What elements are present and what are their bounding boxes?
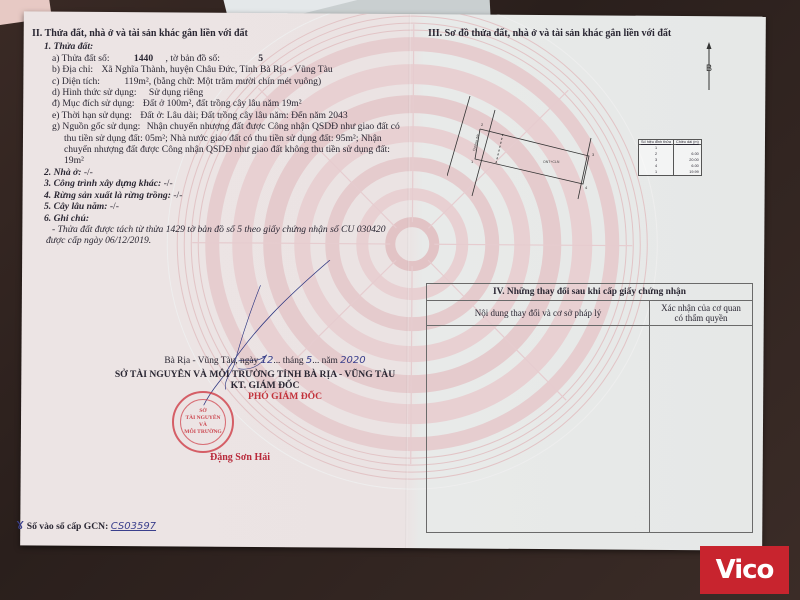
vertex-length-table: Số hiệu đỉnh thửa Chiều dài (m) 1 26.00 … — [638, 139, 702, 176]
stamp-line: TÀI NGUYÊN — [186, 415, 221, 422]
item-other-construction-value: -/- — [164, 178, 173, 189]
item-perennial: 5. Cây lâu năm: -/- — [32, 201, 402, 212]
item-notes-label: 6. Ghi chú: — [44, 213, 89, 224]
length-cell: 19.99 — [674, 169, 702, 176]
svg-text:Đường đất: Đường đất — [472, 134, 480, 151]
svg-text:ONT+CLN: ONT+CLN — [543, 160, 560, 164]
address-label: b) Địa chỉ: — [52, 64, 93, 75]
usage-origin-label: g) Nguồn gốc sử dụng: — [52, 121, 140, 132]
item-house-value: -/- — [84, 167, 93, 178]
stamp-line: VÀ — [199, 422, 207, 429]
issue-place: Bà Rịa - Vũng Tàu, ngày — [164, 356, 258, 366]
month-label: tháng — [283, 356, 304, 366]
parcel-diagram: Đường đất ONT+CLN 1 2 3 4 — [447, 96, 627, 206]
changes-table-title: IV. Những thay đổi sau khi cấp giấy chứn… — [427, 284, 753, 301]
svg-text:B: B — [706, 63, 712, 73]
gcn-registry: ɤ Số vào sổ cấp GCN: CS03597 — [16, 517, 156, 533]
usage-origin-row: g) Nguồn gốc sử dụng: Nhận chuyển nhượng… — [32, 121, 402, 132]
authority-confirmation-cell — [650, 326, 753, 533]
svg-text:3: 3 — [592, 152, 595, 157]
year-label: năm — [322, 356, 338, 366]
usage-form-label: d) Hình thức sử dụng: — [52, 87, 136, 98]
item-perennial-label: 5. Cây lâu năm: — [44, 201, 107, 212]
land-parcel-subtitle: 1. Thửa đất: — [32, 41, 402, 52]
length-header: Chiều dài (m) — [674, 140, 702, 145]
area-row: c) Diện tích: 119m², (bằng chữ: Một trăm… — [32, 76, 402, 87]
change-content-cell — [427, 326, 650, 533]
authority-confirmation-header: Xác nhận của cơ quan có thẩm quyền — [650, 301, 753, 326]
parcel-number-value: 1440 — [134, 53, 153, 64]
issue-month: 5 — [306, 355, 312, 366]
initials-mark: ɤ — [16, 517, 24, 533]
item-house: 2. Nhà ở: -/- — [32, 167, 402, 178]
signatory-kt-label: KT. GIÁM ĐỐC — [110, 380, 420, 391]
usage-origin-value-2: thu tiền sử dụng đất: 05m²; Nhà nước gia… — [32, 133, 402, 144]
signatory-name: Đặng Sơn Hải — [210, 452, 270, 463]
usage-purpose-value: Đất ở 100m², đất trồng cây lâu năm 19m² — [143, 98, 302, 109]
usage-form-value: Sử dụng riêng — [149, 87, 203, 98]
stamp-line: SỞ — [199, 408, 206, 415]
svg-text:4: 4 — [585, 185, 588, 190]
svg-text:1: 1 — [471, 159, 474, 164]
gcn-label: Số vào sổ cấp GCN: — [27, 521, 109, 532]
changes-after-issuance-table: IV. Những thay đổi sau khi cấp giấy chứn… — [426, 283, 753, 533]
change-content-header: Nội dung thay đổi và cơ sở pháp lý — [427, 301, 650, 326]
address-row: b) Địa chỉ: Xã Nghĩa Thành, huyện Châu Đ… — [32, 64, 402, 75]
item-house-label: 2. Nhà ở: — [44, 167, 81, 178]
vico-watermark-logo: Vico — [700, 546, 789, 594]
note-line-2: được cấp ngày 06/12/2019. — [32, 235, 402, 246]
section-iii-title: III. Sơ đồ thửa đất, nhà ở và tài sản kh… — [428, 28, 768, 39]
watermark-text: Vico — [716, 555, 774, 585]
left-page: II. Thửa đất, nhà ở và tài sản khác gắn … — [32, 28, 402, 247]
usage-origin-value-4: 19m² — [32, 155, 402, 166]
usage-form-row: d) Hình thức sử dụng: Sử dụng riêng — [32, 87, 402, 98]
issue-year: 2020 — [340, 355, 365, 366]
gcn-number: CS03597 — [111, 521, 156, 532]
issue-day: 12 — [261, 355, 274, 366]
parcel-number-row: a) Thửa đất số: 1440 , tờ bản đồ số: 5 — [32, 53, 402, 64]
item-forest-label: 4. Rừng sản xuất là rừng trồng: — [44, 190, 171, 201]
area-label: c) Diện tích: — [52, 76, 100, 87]
usage-term-label: e) Thời hạn sử dụng: — [52, 110, 132, 121]
north-arrow-icon: B — [702, 42, 716, 92]
map-sheet-value: 5 — [258, 53, 263, 64]
note-line-1: - Thửa đất được tách từ thửa 1429 tờ bản… — [32, 224, 402, 235]
right-page: III. Sơ đồ thửa đất, nhà ở và tài sản kh… — [428, 28, 768, 41]
area-value: 119m², (bằng chữ: Một trăm mười chín mét… — [124, 76, 321, 87]
official-red-stamp: SỞ TÀI NGUYÊN VÀ MÔI TRƯỜNG — [172, 391, 234, 453]
issue-date: Bà Rịa - Vũng Tàu, ngày 12... tháng 5...… — [110, 355, 420, 366]
usage-origin-value-3: chuyển nhượng đất được Công nhận QSDĐ nh… — [32, 144, 402, 155]
authority-header-line-2: có thẩm quyền — [675, 313, 728, 323]
item-notes: 6. Ghi chú: — [32, 213, 402, 224]
usage-origin-value-1: Nhận chuyển nhượng đất được Công nhận QS… — [147, 121, 400, 132]
usage-purpose-row: đ) Mục đích sử dụng: Đất ở 100m², đất tr… — [32, 98, 402, 109]
section-ii-title: II. Thửa đất, nhà ở và tài sản khác gắn … — [32, 28, 402, 39]
table-row: 119.99 — [639, 169, 702, 176]
issuing-organization: SỞ TÀI NGUYÊN VÀ MÔI TRƯỜNG TỈNH BÀ RỊA … — [90, 369, 420, 380]
item-perennial-value: -/- — [110, 201, 119, 212]
vertex-header: Số hiệu đỉnh thửa — [639, 140, 674, 145]
usage-term-row: e) Thời hạn sử dụng: Đất ở: Lâu dài; Đất… — [32, 110, 402, 121]
vertex-cell: 1 — [639, 169, 674, 176]
item-other-construction-label: 3. Công trình xây dựng khác: — [44, 178, 161, 189]
item-other-construction: 3. Công trình xây dựng khác: -/- — [32, 178, 402, 189]
usage-term-value: Đất ở: Lâu dài; Đất trồng cây lâu năm: Đ… — [140, 110, 347, 121]
parcel-number-label: a) Thửa đất số: — [52, 53, 110, 64]
address-value: Xã Nghĩa Thành, huyện Châu Đức, Tỉnh Bà … — [101, 64, 332, 75]
stamp-line: MÔI TRƯỜNG — [184, 429, 221, 436]
item-forest-value: -/- — [173, 190, 182, 201]
usage-purpose-label: đ) Mục đích sử dụng: — [52, 98, 134, 109]
svg-text:2: 2 — [481, 122, 484, 127]
signature-block: Bà Rịa - Vũng Tàu, ngày 12... tháng 5...… — [110, 355, 420, 402]
page-fold — [405, 14, 411, 548]
item-forest: 4. Rừng sản xuất là rừng trồng: -/- — [32, 190, 402, 201]
authority-header-line-1: Xác nhận của cơ quan — [661, 303, 741, 313]
map-sheet-label: , tờ bản đồ số: — [166, 53, 220, 64]
